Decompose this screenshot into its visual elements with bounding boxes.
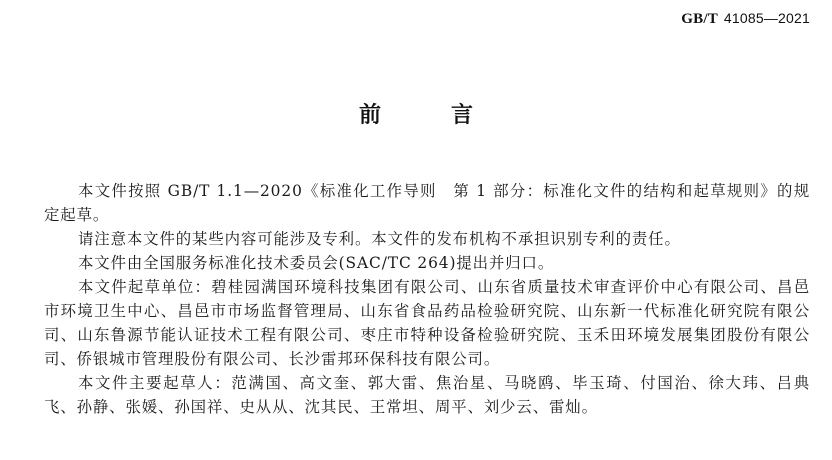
foreword-body: 本文件按照 GB/T 1.1—2020《标准化工作导则 第 1 部分：标准化文件… bbox=[44, 179, 810, 419]
section-title-foreword: 前言 bbox=[0, 98, 832, 129]
standard-number: 41085—2021 bbox=[724, 10, 810, 26]
standard-prefix: GB/T bbox=[681, 11, 718, 27]
paragraph-drafters: 本文件主要起草人：范满国、高文奎、郭大雷、焦治星、马晓鸥、毕玉琦、付国治、徐大玮… bbox=[44, 371, 810, 419]
paragraph-drafting-organizations: 本文件起草单位：碧桂园满国环境科技集团有限公司、山东省质量技术审查评价中心有限公… bbox=[44, 275, 810, 371]
title-char-1: 前 bbox=[359, 98, 381, 129]
standard-number-header: GB/T41085—2021 bbox=[681, 10, 810, 28]
paragraph-drafting-rules: 本文件按照 GB/T 1.1—2020《标准化工作导则 第 1 部分：标准化文件… bbox=[44, 179, 810, 227]
title-char-2: 言 bbox=[451, 98, 473, 129]
paragraph-proposing-committee: 本文件由全国服务标准化技术委员会(SAC/TC 264)提出并归口。 bbox=[44, 251, 810, 275]
paragraph-patent-notice: 请注意本文件的某些内容可能涉及专利。本文件的发布机构不承担识别专利的责任。 bbox=[44, 227, 810, 251]
